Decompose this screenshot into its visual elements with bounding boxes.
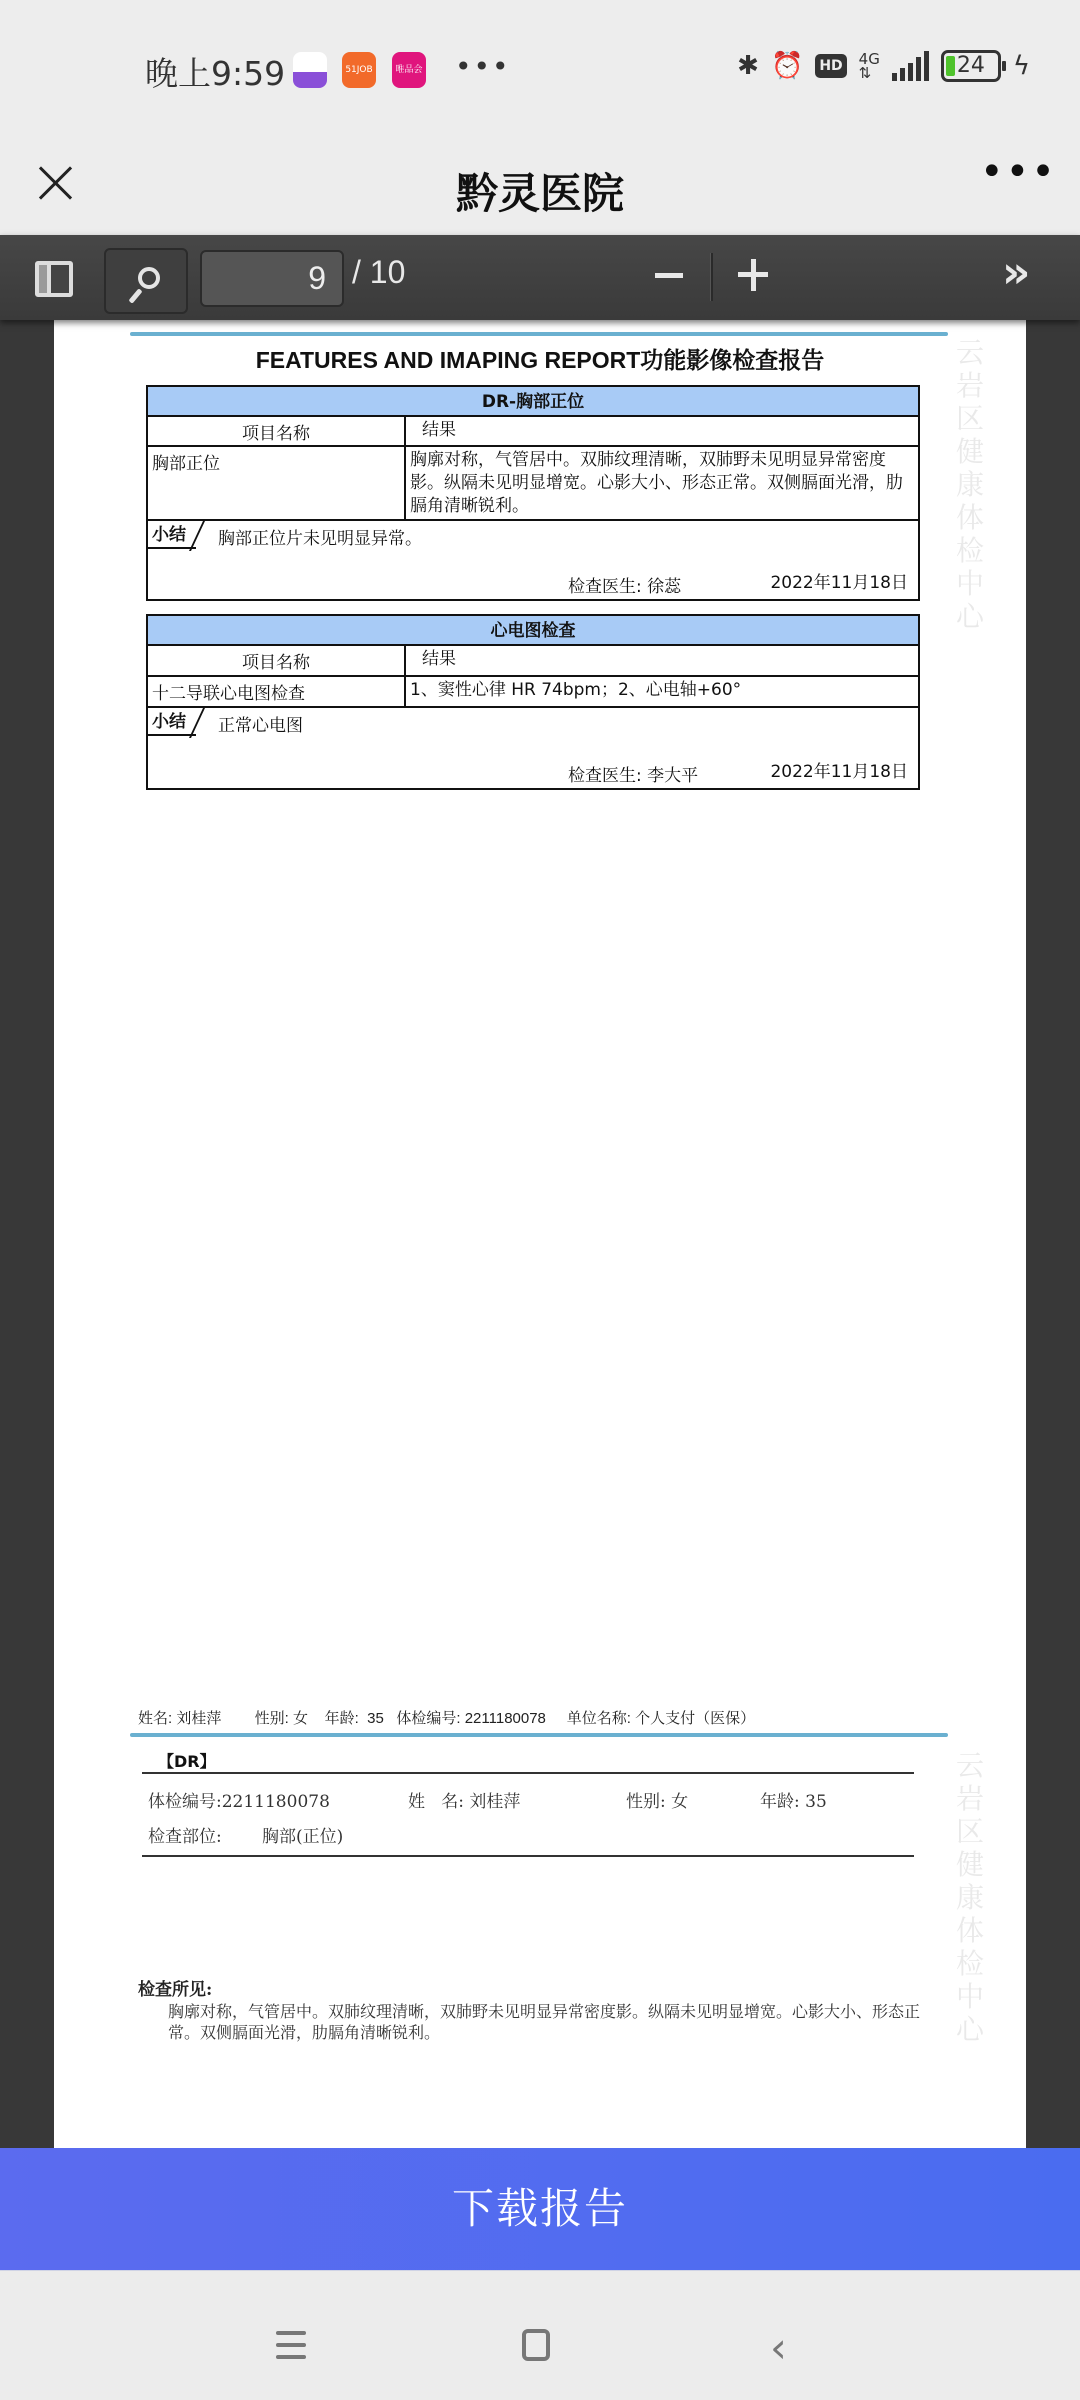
summary-block: 小结 胸部正位片未见明显异常。 检查医生: 徐蕊 2022年11月18日	[148, 521, 918, 599]
table-header-row: 项目名称 结果	[148, 417, 918, 447]
page-title: 黔灵医院	[0, 161, 1080, 221]
dr-chest-section: DR-胸部正位 项目名称 结果 胸部正位 胸廓对称，气管居中。双肺纹理清晰，双肺…	[146, 385, 920, 601]
section-tag: 【DR】	[158, 1749, 216, 1772]
findings-text: 胸廓对称，气管居中。双肺纹理清晰，双肺野未见明显异常密度影。纵隔未见明显增宽。心…	[168, 2001, 928, 2043]
table-row: 十二导联心电图检查 1、窦性心律 HR 74bpm；2、心电轴+60°	[148, 677, 918, 708]
home-button[interactable]	[522, 2329, 550, 2361]
exam-date: 2022年11月18日	[770, 568, 908, 593]
notification-app-icon	[293, 52, 327, 88]
summary-block: 小结 正常心电图 检查医生: 李大平 2022年11月18日	[148, 708, 918, 788]
section-header: 心电图检查	[148, 616, 918, 646]
alarm-icon: ⏰	[771, 51, 803, 81]
system-nav-bar: ‹	[0, 2270, 1080, 2400]
divider	[142, 1772, 914, 1774]
divider	[142, 1855, 914, 1857]
watermark: 云岩区健康体检中心	[950, 1749, 990, 2046]
summary-text: 正常心电图	[218, 711, 303, 736]
network-type: 4G⇅	[859, 52, 880, 80]
pdf-toolbar: 9 / 10 »	[0, 235, 1080, 320]
tools-menu-button[interactable]: »	[1002, 247, 1020, 298]
back-button[interactable]: ‹	[770, 2323, 787, 2372]
section-header: DR-胸部正位	[148, 387, 918, 417]
recent-apps-button[interactable]	[276, 2331, 306, 2359]
item-name: 胸部正位	[148, 447, 406, 519]
summary-label: 小结	[148, 708, 196, 736]
patient-gender: 性别: 女	[626, 1787, 688, 1812]
item-name: 十二导联心电图检查	[148, 677, 406, 706]
page-total: / 10	[352, 254, 405, 291]
item-result: 胸廓对称，气管居中。双肺纹理清晰，双肺野未见明显异常密度影。纵隔未见明显增宽。心…	[406, 447, 918, 519]
findings-label: 检查所见:	[138, 1975, 212, 2000]
search-button[interactable]	[104, 248, 188, 314]
zoom-in-button[interactable]	[738, 259, 768, 289]
title-bar: 黔灵医院 •••	[0, 135, 1080, 235]
pdf-page: 姓名: 刘桂萍 性别: 女 年龄: 35 体检编号: 2211180078 单位…	[54, 1665, 1026, 2148]
exam-part-label: 检查部位:	[148, 1822, 222, 1847]
doctor-name: 检查医生: 李大平	[568, 761, 698, 786]
patient-name: 姓 名: 刘桂萍	[408, 1787, 520, 1812]
pdf-viewer[interactable]: 姓名 性别 年龄 体检编号 单位名称 FEATURES AND IMAPING …	[0, 320, 1080, 2148]
table-header-row: 项目名称 结果	[148, 646, 918, 677]
col-name-header: 项目名称	[148, 417, 406, 445]
data-arrows-icon: ⇅	[859, 66, 880, 80]
summary-label: 小结	[148, 521, 196, 549]
watermark: 云岩区健康体检中心	[950, 336, 990, 633]
screen: 晚上9:59 51JOB 唯品会 ••• ✱ ⏰ HD 4G⇅ 24 ϟ 黔灵医…	[0, 0, 1080, 2400]
search-icon	[138, 267, 160, 289]
bluetooth-icon: ✱	[737, 51, 759, 81]
status-bar: 晚上9:59 51JOB 唯品会 ••• ✱ ⏰ HD 4G⇅ 24 ϟ	[0, 0, 1080, 135]
signal-icon	[892, 51, 929, 81]
summary-text: 胸部正位片未见明显异常。	[218, 524, 422, 549]
exam-date: 2022年11月18日	[770, 757, 908, 782]
exam-number: 体检编号:2211180078	[148, 1787, 330, 1812]
ecg-section: 心电图检查 项目名称 结果 十二导联心电图检查 1、窦性心律 HR 74bpm；…	[146, 614, 920, 790]
download-report-button[interactable]: 下载报告	[0, 2148, 1080, 2270]
col-result-header: 结果	[406, 646, 918, 675]
header-rule	[130, 1733, 948, 1737]
charging-icon: ϟ	[1013, 51, 1030, 81]
more-notifications-icon: •••	[455, 50, 511, 83]
exam-part: 胸部(正位)	[262, 1822, 343, 1847]
table-row: 胸部正位 胸廓对称，气管居中。双肺纹理清晰，双肺野未见明显异常密度影。纵隔未见明…	[148, 447, 918, 521]
more-options-button[interactable]: •••	[980, 157, 1050, 207]
sidebar-toggle-icon[interactable]	[35, 261, 73, 297]
zoom-out-button[interactable]	[655, 273, 683, 278]
patient-age: 年龄: 35	[760, 1787, 827, 1812]
hd-icon: HD	[815, 54, 846, 78]
vip-app-icon: 唯品会	[392, 52, 426, 88]
doctor-name: 检查医生: 徐蕊	[568, 572, 681, 597]
col-name-header: 项目名称	[148, 646, 406, 675]
job-app-icon: 51JOB	[342, 52, 376, 88]
battery-level: 24	[957, 53, 985, 78]
report-title: FEATURES AND IMAPING REPORT功能影像检查报告	[54, 342, 1026, 375]
header-rule	[130, 332, 948, 336]
toolbar-separator	[710, 253, 713, 301]
battery-icon: 24	[941, 50, 1001, 82]
clock: 晚上9:59	[145, 48, 285, 95]
page-number-input[interactable]: 9	[200, 250, 344, 307]
status-icons: ✱ ⏰ HD 4G⇅ 24 ϟ	[737, 50, 1030, 82]
patient-info-line: 姓名: 刘桂萍 性别: 女 年龄: 35 体检编号: 2211180078 单位…	[138, 1707, 755, 1728]
item-result: 1、窦性心律 HR 74bpm；2、心电轴+60°	[406, 677, 918, 706]
col-result-header: 结果	[406, 417, 918, 445]
